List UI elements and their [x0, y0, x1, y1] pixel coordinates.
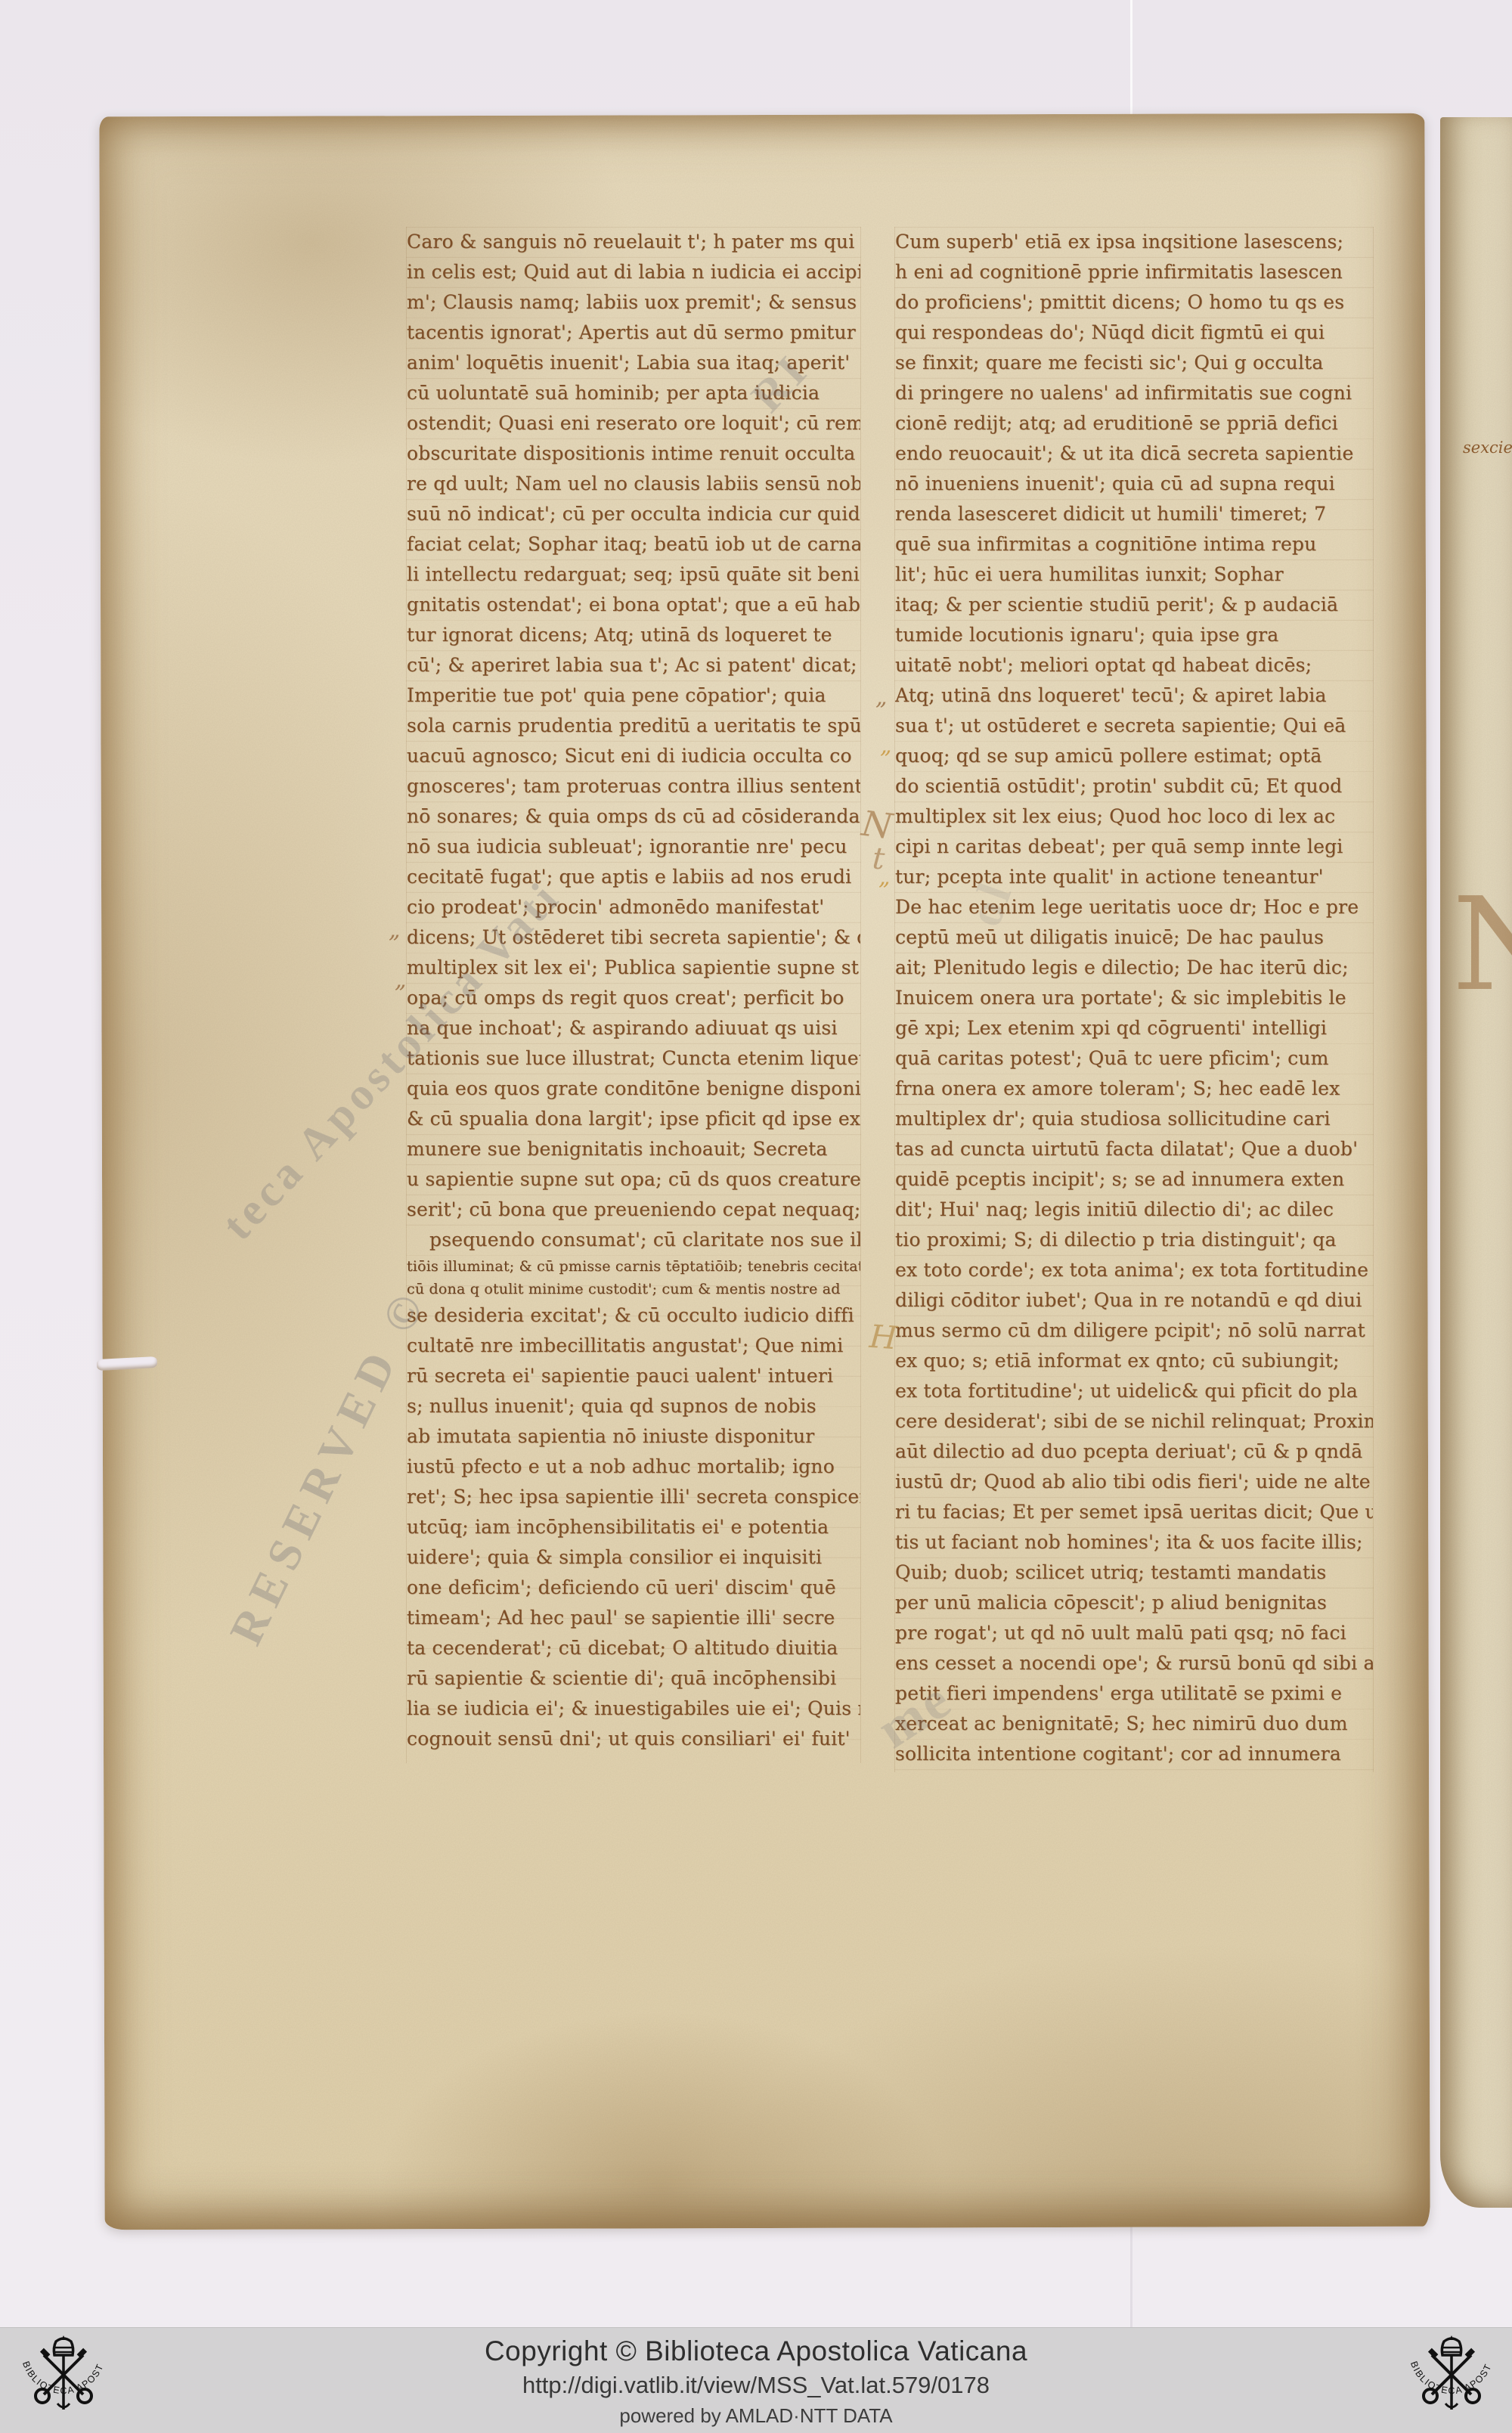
- manuscript-line: nō sonares; & quia omps ds cū ad cōsider…: [407, 801, 860, 832]
- manuscript-line: tas ad cuncta uirtutū facta dilatat'; Qu…: [895, 1134, 1373, 1164]
- manuscript-line: ceptū meū ut diligatis inuicē; De hac pa…: [895, 922, 1373, 953]
- vatican-library-logo: BIBLIOTECA APOSTOLICA VATICANA: [1402, 2331, 1501, 2431]
- manuscript-line: obscuritate dispositionis intime renuit …: [407, 439, 860, 469]
- manuscript-line: multiplex sit lex ei'; Publica sapientie…: [407, 953, 860, 983]
- manuscript-line: Caro & sanguis nō reuelauit t'; h pater …: [407, 227, 860, 257]
- manuscript-line: mus sermo cū dm diligere pcipit'; nō sol…: [895, 1316, 1373, 1346]
- manuscript-line: cere desiderat'; sibi de se nichil relin…: [895, 1406, 1373, 1437]
- manuscript-line: cionē redijt; atq; ad eruditionē se ppri…: [895, 408, 1373, 439]
- digitized-manuscript-viewer: Caro & sanguis nō reuelauit t'; h pater …: [0, 0, 1512, 2433]
- parchment-texture: [1440, 117, 1512, 2208]
- manuscript-line: tur ignorat dicens; Atq; utinā ds loquer…: [407, 620, 860, 650]
- scan-photo-area: Caro & sanguis nō reuelauit t'; h pater …: [0, 0, 1512, 2327]
- manuscript-line: Atq; utinā dns loqueret' tecū'; & apiret…: [895, 680, 1373, 711]
- manuscript-line: ostendit; Quasi eni reserato ore loquit'…: [407, 408, 860, 439]
- manuscript-line: quē sua infirmitas a cognitiōne intima r…: [895, 529, 1373, 559]
- manuscript-line: pre rogat'; ut qd nō uult malū pati qsq;…: [895, 1618, 1373, 1648]
- manuscript-line: cecitatē fugat'; que aptis e labiis ad n…: [407, 862, 860, 892]
- text-column-left: Caro & sanguis nō reuelauit t'; h pater …: [406, 227, 861, 1763]
- manuscript-line: utcūq; iam incōphensibilitatis ei' e pot…: [407, 1512, 860, 1542]
- manuscript-line: li intellectu redarguat; seq; ipsū quāte…: [407, 559, 860, 590]
- manuscript-line: tacentis ignorat'; Apertis aut dū sermo …: [407, 318, 860, 348]
- manuscript-line: munere sue benignitatis inchoauit; Secre…: [407, 1134, 860, 1164]
- manuscript-line: cognouit sensū dni'; ut quis consiliari'…: [407, 1724, 860, 1754]
- manuscript-line: tiōis illuminat; & cū pmisse carnis tēpt…: [407, 1255, 860, 1278]
- manuscript-line: serit'; cū bona que preueniendo cepat ne…: [407, 1195, 860, 1225]
- manuscript-line: do proficiens'; pmittit dicens; O homo t…: [895, 287, 1373, 318]
- manuscript-line: qui respondeas do'; Nūqd dicit figmtū ei…: [895, 318, 1373, 348]
- manuscript-line: tur; pcepta inte qualit' in actione tene…: [895, 862, 1373, 892]
- manuscript-line: tumide locutionis ignaru'; quia ipse gra: [895, 620, 1373, 650]
- footer-text-block: Copyright © Biblioteca Apostolica Vatica…: [485, 2332, 1027, 2429]
- manuscript-line: cū uoluntatē suā hominib; per apta iudic…: [407, 378, 860, 408]
- manuscript-line: timeam'; Ad hec paul' se sapientie illi'…: [407, 1603, 860, 1633]
- manuscript-line: gnosceres'; tam proteruas contra illius …: [407, 771, 860, 801]
- manuscript-line: anim' loquētis inuenit'; Labia sua itaq;…: [407, 348, 860, 378]
- manuscript-line: uidere'; quia & simpla consilior ei inqu…: [407, 1542, 860, 1573]
- manuscript-line: ex toto corde'; ex tota anima'; ex tota …: [895, 1255, 1373, 1285]
- footer-url-line: http://digi.vatlib.it/view/MSS_Vat.lat.5…: [522, 2369, 990, 2402]
- manuscript-line: quia eos quos grate conditōne benigne di…: [407, 1074, 860, 1104]
- manuscript-line: cultatē nre imbecillitatis angustat'; Qu…: [407, 1331, 860, 1361]
- manuscript-line: one deficim'; deficiendo cū ueri' discim…: [407, 1573, 860, 1603]
- manuscript-line: na que inchoat'; & aspirando adiuuat qs …: [407, 1013, 860, 1043]
- manuscript-line: tio proximi; S; di dilectio p tria disti…: [895, 1225, 1373, 1255]
- copyright-footer-bar: BIBLIOTECA APOSTOLICA VATICANA Copyright…: [0, 2327, 1512, 2433]
- next-folio-edge: sexcien N: [1440, 117, 1512, 2208]
- manuscript-line: endo reuocauit'; & ut ita dicā secreta s…: [895, 439, 1373, 469]
- footer-copyright-line: Copyright © Biblioteca Apostolica Vatica…: [485, 2334, 1027, 2369]
- manuscript-line: diligi cōditor iubet'; Qua in re notandū…: [895, 1285, 1373, 1316]
- text-column-right: Cum superb' etiā ex ipsa inqsitione lase…: [894, 227, 1374, 1772]
- manuscript-line: tationis sue luce illustrat; Cuncta eten…: [407, 1043, 860, 1074]
- next-folio-text-fragment: sexcien: [1463, 439, 1512, 457]
- manuscript-line: & cū spualia dona largit'; ipse pficit q…: [407, 1104, 860, 1134]
- manuscript-line: dit'; Hui' naq; legis initiū dilectio di…: [895, 1195, 1373, 1225]
- manuscript-line: nō sua iudicia subleuat'; ignorantie nre…: [407, 832, 860, 862]
- footer-powered-line: powered by AMLAD·NTT DATA: [619, 2402, 892, 2429]
- manuscript-line: ri tu facias; Et per semet ipsā ueritas …: [895, 1497, 1373, 1527]
- manuscript-line: ta cecenderat'; cū dicebat; O altitudo d…: [407, 1633, 860, 1663]
- manuscript-line: renda lasesceret didicit ut humili' time…: [895, 499, 1373, 529]
- manuscript-line: di pringere no ualens' ad infirmitatis s…: [895, 378, 1373, 408]
- manuscript-line: ret'; S; hec ipsa sapientie illi' secret…: [407, 1482, 860, 1512]
- manuscript-line: cipi n caritas debeat'; per quā semp inn…: [895, 832, 1373, 862]
- manuscript-line: Inuicem onera ura portate'; & sic impleb…: [895, 983, 1373, 1013]
- manuscript-line: lit'; hūc ei uera humilitas iunxit; Soph…: [895, 559, 1373, 590]
- manuscript-line: uacuū agnosco; Sicut eni di iudicia occu…: [407, 741, 860, 771]
- manuscript-line: gē xpi; Lex etenim xpi qd cōgruenti' int…: [895, 1013, 1373, 1043]
- manuscript-line: iustū dr; Quod ab alio tibi odis fieri';…: [895, 1467, 1373, 1497]
- manuscript-line: se desideria excitat'; & cū occulto iudi…: [407, 1300, 860, 1331]
- next-folio-initial-fragment: N: [1452, 881, 1512, 1009]
- manuscript-line: Imperitie tue pot' quia pene cōpatior'; …: [407, 680, 860, 711]
- manuscript-line: ex quo; s; etiā informat ex qnto; cū sub…: [895, 1346, 1373, 1376]
- manuscript-line: rū sapientie & scientie di'; quā incōphe…: [407, 1663, 860, 1694]
- manuscript-line: sollicita intentione cogitant'; cor ad i…: [895, 1739, 1373, 1769]
- manuscript-line: Cum superb' etiā ex ipsa inqsitione lase…: [895, 227, 1373, 257]
- manuscript-line: s; nullus inuenit'; quia qd supnos de no…: [407, 1391, 860, 1421]
- manuscript-line: re qd uult; Nam uel no clausis labiis se…: [407, 469, 860, 499]
- manuscript-line: gnitatis ostendat'; ei bona optat'; que …: [407, 590, 860, 620]
- manuscript-line: opa; cū omps ds regit quos creat'; perfi…: [407, 983, 860, 1013]
- manuscript-line: xerceat ac benignitatē; S; hec nimirū du…: [895, 1709, 1373, 1739]
- manuscript-line: petit fieri impendens' erga utilitatē se…: [895, 1678, 1373, 1709]
- manuscript-line: quidē pceptis incipit'; s; se ad innumer…: [895, 1164, 1373, 1195]
- manuscript-line: do scientiā ostūdit'; protin' subdit cū;…: [895, 771, 1373, 801]
- manuscript-line: h eni ad cognitionē pprie infirmitatis l…: [895, 257, 1373, 287]
- manuscript-line: nō inueniens inuenit'; quia cū ad supna …: [895, 469, 1373, 499]
- manuscript-line: u sapientie supne sut opa; cū ds quos cr…: [407, 1164, 860, 1195]
- manuscript-line: aūt dilectio ad duo pcepta deriuat'; cū …: [895, 1437, 1373, 1467]
- manuscript-line: per unū malicia cōpescit'; p aliud benig…: [895, 1588, 1373, 1618]
- manuscript-line: multiplex sit lex eius; Quod hoc loco di…: [895, 801, 1373, 832]
- manuscript-line: quoq; qd se sup amicū pollere estimat; o…: [895, 741, 1373, 771]
- vatican-library-logo: BIBLIOTECA APOSTOLICA VATICANA: [14, 2331, 113, 2431]
- manuscript-line: ait; Plenitudo legis e dilectio; De hac …: [895, 953, 1373, 983]
- manuscript-line: uitatē nobt'; meliori optat qd habeat di…: [895, 650, 1373, 680]
- manuscript-line: sola carnis prudentia preditū a ueritati…: [407, 711, 860, 741]
- manuscript-line: iustū pfecto e ut a nob adhuc mortalib; …: [407, 1452, 860, 1482]
- manuscript-line: dicens; Ut ostēderet tibi secreta sapien…: [407, 922, 860, 953]
- manuscript-line: multiplex dr'; quia studiosa sollicitudi…: [895, 1104, 1373, 1134]
- manuscript-line: Quib; duob; scilicet utriq; testamti man…: [895, 1557, 1373, 1588]
- manuscript-line: se finxit; quare me fecisti sic'; Qui g …: [895, 348, 1373, 378]
- manuscript-line: itaq; & per scientie studiū perit'; & p …: [895, 590, 1373, 620]
- manuscript-line: ab imutata sapientia nō iniuste disponit…: [407, 1421, 860, 1452]
- manuscript-line: quā caritas potest'; Quā tc uere pficim'…: [895, 1043, 1373, 1074]
- manuscript-line: cū dona q otulit minime custodit'; cum &…: [407, 1278, 860, 1300]
- manuscript-line: m'; Clausis namq; labiis uox premit'; & …: [407, 287, 860, 318]
- manuscript-line: faciat celat; Sophar itaq; beatū iob ut …: [407, 529, 860, 559]
- manuscript-line: lia se iudicia ei'; & inuestigabiles uie…: [407, 1694, 860, 1724]
- manuscript-line: rū secreta ei' sapientie pauci ualent' i…: [407, 1361, 860, 1391]
- manuscript-line: in celis est; Quid aut di labia n iudici…: [407, 257, 860, 287]
- manuscript-line: ex tota fortitudine'; ut uidelic& qui pf…: [895, 1376, 1373, 1406]
- manuscript-line: frna onera ex amore toleram'; S; hec ead…: [895, 1074, 1373, 1104]
- manuscript-line: cio prodeat'; procin' admonēdo manifesta…: [407, 892, 860, 922]
- manuscript-line: ens cesset a nocendi ope'; & rursū bonū …: [895, 1648, 1373, 1678]
- manuscript-line: De hac etenim lege ueritatis uoce dr; Ho…: [895, 892, 1373, 922]
- manuscript-line: sua t'; ut ostūderet e secreta sapientie…: [895, 711, 1373, 741]
- manuscript-line: psequendo consumat'; cū claritate nos su…: [407, 1225, 860, 1255]
- manuscript-line: tis ut faciant nob homines'; ita & uos f…: [895, 1527, 1373, 1557]
- manuscript-line: suū nō indicat'; cū per occulta indicia …: [407, 499, 860, 529]
- manuscript-line: cū'; & aperiret labia sua t'; Ac si pate…: [407, 650, 860, 680]
